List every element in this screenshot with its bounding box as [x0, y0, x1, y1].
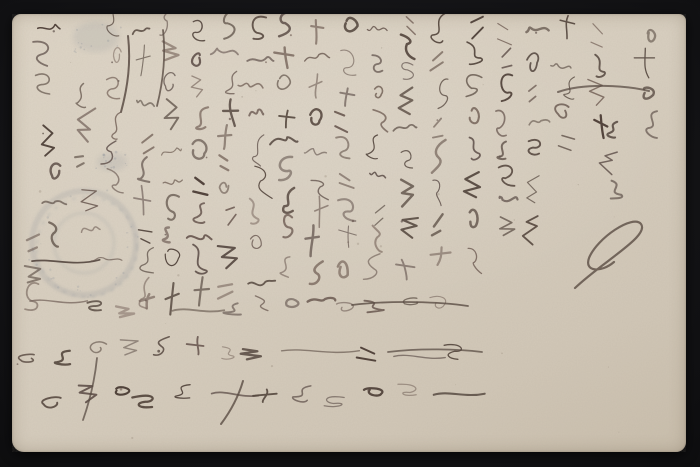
handwriting-layer	[0, 0, 700, 467]
photo-background	[0, 0, 700, 467]
